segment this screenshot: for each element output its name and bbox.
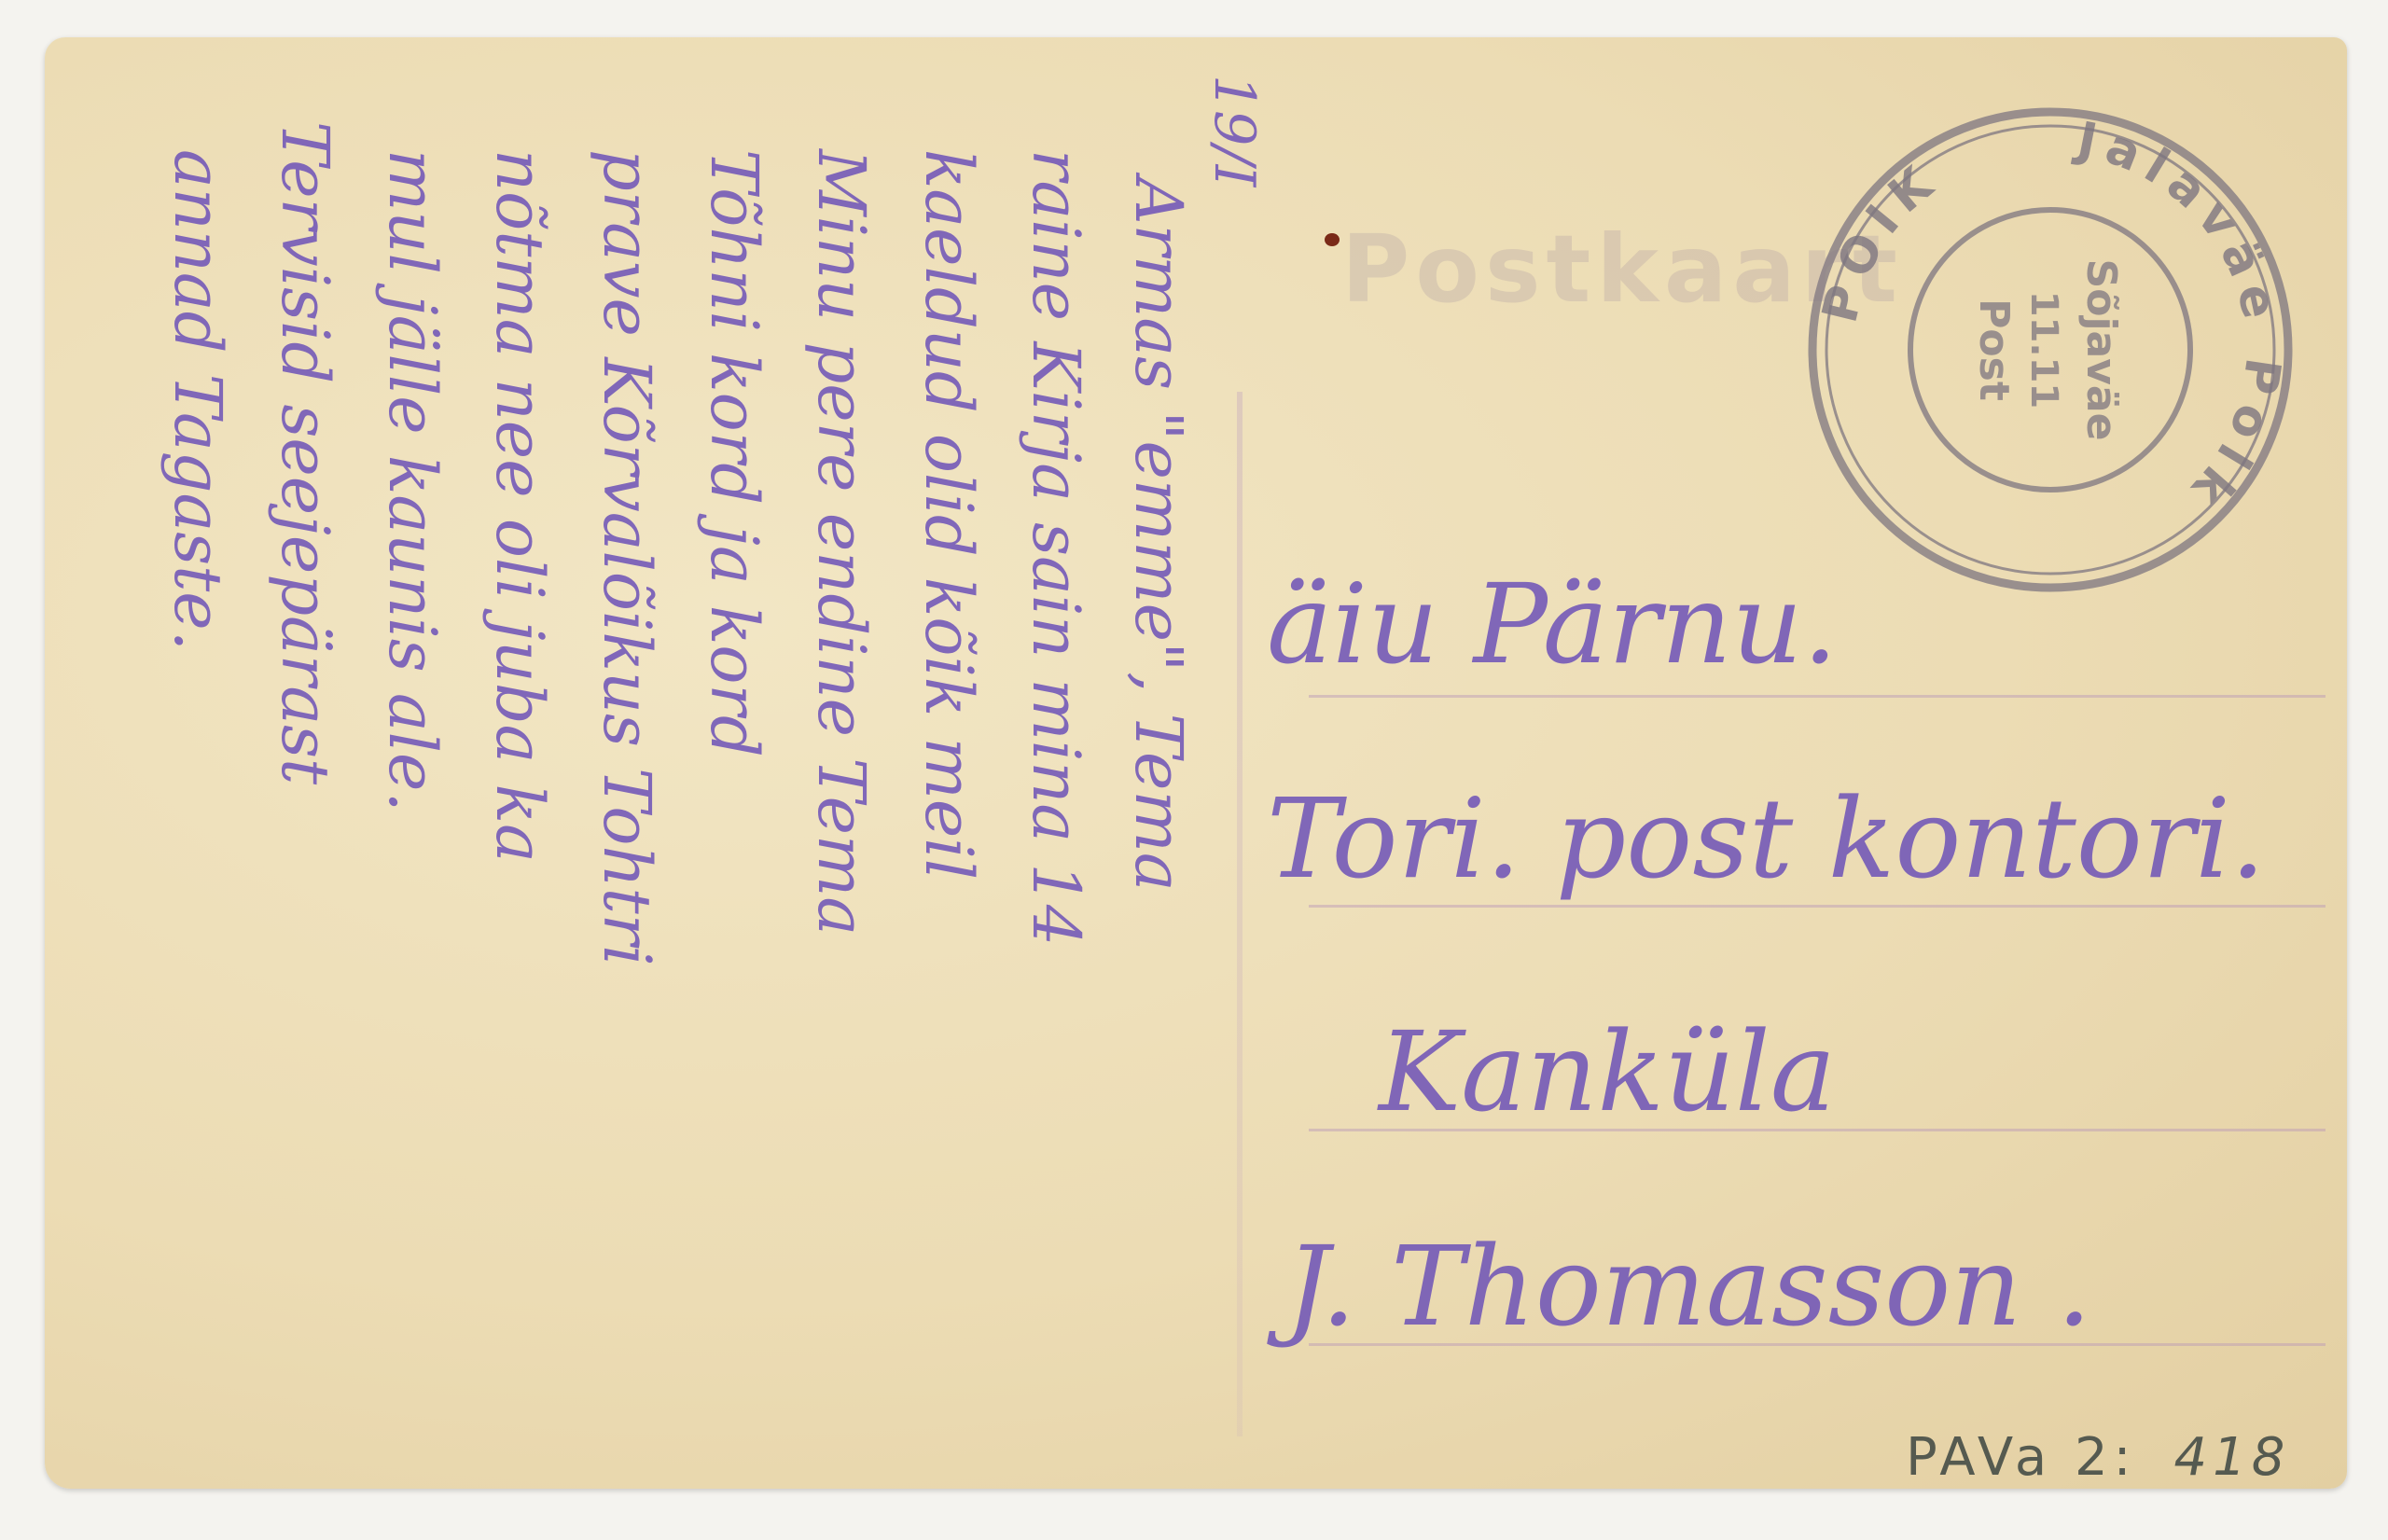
date-note: 19/I (1201, 75, 1267, 187)
stamp-inner-text-1: Sõjaväe (2077, 259, 2125, 441)
archive-label: PAVa 2:418 (1906, 1427, 2290, 1488)
message-line: Minu pere endine Tema (803, 149, 880, 936)
message-line: mul jälle kaunis ale. (374, 149, 451, 812)
address-line-4: J. Thomasson . (1285, 1222, 2091, 1351)
archive-code: PAVa 2: (1906, 1427, 2137, 1488)
address-line-3: Kanküla (1379, 1007, 1836, 1136)
address-line-1: äiu Pärnu. (1267, 560, 1838, 688)
ink-spot (1325, 233, 1340, 246)
stamp-inner-text-2: 11.11 (2022, 291, 2065, 409)
archive-number: 418 (2174, 1427, 2291, 1488)
message-line: prave Kõrvalõikus Tohtri (589, 149, 665, 966)
stamp-inner-text-3: Post (1970, 298, 2018, 401)
message-line: annad Tagaste. (160, 149, 236, 651)
address-guide-line (1309, 905, 2326, 908)
postcard: Postkaart POIK Jalaväe Polk Sõjaväe 11.1… (45, 37, 2347, 1489)
message-line: Armas "emme", Tema (1120, 177, 1197, 892)
divider-line (1237, 392, 1243, 1436)
message-line: kaeldud olid kõik meil (910, 149, 987, 880)
postmark-stamp: POIK Jalaväe Polk Sõjaväe 11.11 Post (1798, 103, 2302, 597)
message-line: Tõhni kord ja kord (696, 149, 772, 757)
address-guide-line (1309, 695, 2326, 698)
message-line: Tervisid seejepärast (267, 121, 343, 784)
address-line-2: Tori. post kontori. (1267, 774, 2265, 903)
message-line: raine Kirja sain mina 14 (1018, 149, 1094, 946)
message-line: nõtma nee oli juba ka (481, 149, 558, 863)
